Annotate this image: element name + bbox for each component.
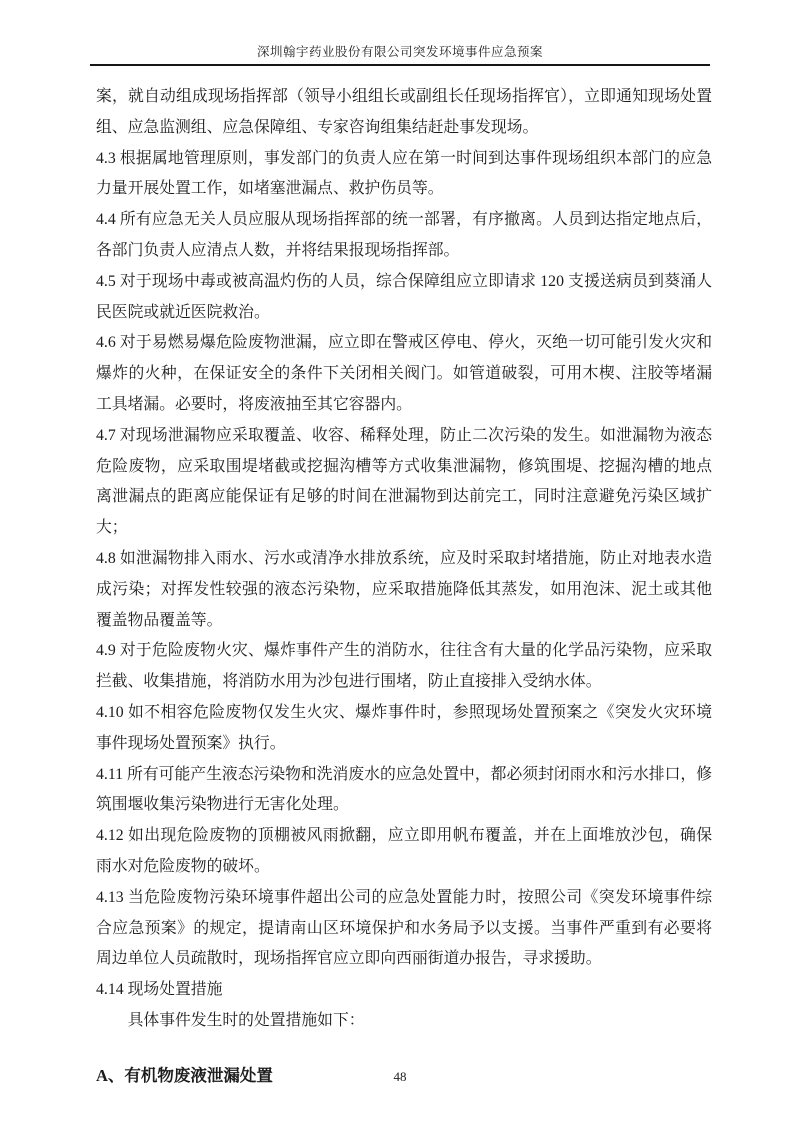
paragraph: 4.13 当危险废物污染环境事件超出公司的应急处置能力时，按照公司《突发环境事件… xyxy=(96,883,712,975)
document-body: 案，就自动组成现场指挥部（领导小组组长或副组长任现场指挥官），立即通知现场处置组… xyxy=(96,82,712,1092)
paragraph: 4.14 现场处置措施 xyxy=(96,975,712,1006)
paragraph: 4.3 根据属地管理原则，事发部门的负责人应在第一时间到达事件现场组织本部门的应… xyxy=(96,144,712,206)
paragraph: 4.12 如出现危险废物的顶棚被风雨掀翻，应立即用帆布覆盖，并在上面堆放沙包，确… xyxy=(96,821,712,883)
paragraph: 4.4 所有应急无关人员应服从现场指挥部的统一部署，有序撤离。人员到达指定地点后… xyxy=(96,205,712,267)
page-number: 48 xyxy=(394,1069,407,1084)
paragraph: 具体事件发生时的处置措施如下： xyxy=(96,1006,712,1037)
paragraph: 4.10 如不相容危险废物仅发生火灾、爆炸事件时，参照现场处置预案之《突发火灾环… xyxy=(96,698,712,760)
document-title: 深圳翰宇药业股份有限公司突发环境事件应急预案 xyxy=(0,42,800,60)
document-page: 深圳翰宇药业股份有限公司突发环境事件应急预案 案，就自动组成现场指挥部（领导小组… xyxy=(0,0,800,1131)
paragraph: 4.11 所有可能产生液态污染物和洗消废水的应急处置中，都必须封闭雨水和污水排口… xyxy=(96,760,712,822)
page-footer: 48 xyxy=(0,1068,800,1086)
paragraph: 4.5 对于现场中毒或被高温灼伤的人员，综合保障组应立即请求 120 支援送病员… xyxy=(96,267,712,329)
paragraph: 案，就自动组成现场指挥部（领导小组组长或副组长任现场指挥官），立即通知现场处置组… xyxy=(96,82,712,144)
header-rule xyxy=(90,64,710,66)
paragraph: 4.9 对于危险废物火灾、爆炸事件产生的消防水，往往含有大量的化学品污染物，应采… xyxy=(96,636,712,698)
paragraph: 4.7 对现场泄漏物应采取覆盖、收容、稀释处理，防止二次污染的发生。如泄漏物为液… xyxy=(96,421,712,544)
paragraph: 4.6 对于易燃易爆危险废物泄漏，应立即在警戒区停电、停火，灭绝一切可能引发火灾… xyxy=(96,328,712,420)
paragraph: 4.8 如泄漏物排入雨水、污水或清净水排放系统，应及时采取封堵措施，防止对地表水… xyxy=(96,544,712,636)
page-header: 深圳翰宇药业股份有限公司突发环境事件应急预案 xyxy=(0,0,800,66)
